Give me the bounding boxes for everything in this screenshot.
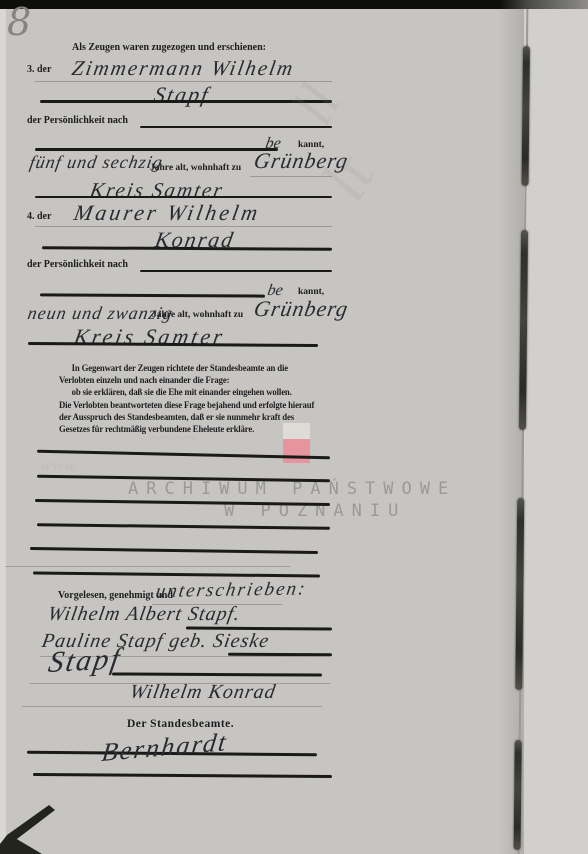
sticker-white-half xyxy=(283,423,310,439)
witness4-district: Kreis Samter xyxy=(72,324,227,350)
declaration-line: Verlobten einzeln und nach einander die … xyxy=(59,374,331,386)
blank-ruled-line xyxy=(33,571,320,577)
witness3-identity-label: der Persönlichkeit nach xyxy=(27,115,128,126)
page-left-edge xyxy=(0,0,6,854)
ruled-line xyxy=(112,672,322,676)
witness3-age-hand: fünf und sechzig xyxy=(28,152,165,173)
signature-registrar: Bernhardt xyxy=(100,727,229,768)
signature-witness4: Wilhelm Konrad xyxy=(128,681,278,704)
corner-artifact xyxy=(0,798,60,854)
witness4-identity-label: der Persönlichkeit nach xyxy=(27,259,128,270)
witness4-occupation-name: Maurer Wilhelm xyxy=(72,200,263,226)
witness3-surname: Stapf xyxy=(152,82,212,108)
declaration-line: Die Verlobten beantworteten diese Frage … xyxy=(59,399,331,411)
registry-document-scan: ll lt ~~~~ www ARCHIWUM PAŃSTWOWE W POZN… xyxy=(0,0,588,854)
declaration-line: der Ausspruch des Standesbeamten, daß er… xyxy=(59,411,331,423)
ruled-line xyxy=(35,196,332,198)
faint-line xyxy=(22,706,322,707)
sticker-pink-half xyxy=(283,439,310,463)
blank-ruled-line xyxy=(37,523,330,529)
witness3-occupation-name: Zimmermann Wilhelm xyxy=(70,56,296,81)
declaration-line: In Gegenwart der Zeugen richtete der Sta… xyxy=(59,362,331,374)
witness4-residence: Grünberg xyxy=(252,296,351,322)
declaration-line: ob sie erklären, daß sie die Ehe mit ein… xyxy=(59,386,331,398)
archive-watermark-line1: ARCHIWUM PAŃSTWOWE xyxy=(128,479,456,499)
ruled-line xyxy=(40,293,265,297)
witnesses-heading: Als Zeugen waren zugezogen und erschiene… xyxy=(72,42,266,53)
adjacent-page xyxy=(524,0,588,854)
binding-stitch xyxy=(515,498,524,690)
bleedthrough-mark: ~~~~ xyxy=(150,425,198,451)
blank-ruled-line xyxy=(35,499,330,506)
ruled-line xyxy=(33,773,332,778)
binding-stitch xyxy=(514,740,522,850)
bleedthrough-mark: www xyxy=(40,455,76,476)
witness4-age-print: Jahre alt, wohnhaft zu xyxy=(152,310,243,320)
ruled-line xyxy=(140,126,332,128)
binding-stitch xyxy=(522,46,530,186)
ruled-line xyxy=(140,270,332,272)
binding-stitch xyxy=(518,230,527,430)
faint-line xyxy=(5,566,290,567)
witness3-age-print: Jahre alt, wohnhaft zu xyxy=(150,163,241,173)
blank-ruled-line xyxy=(30,547,318,554)
witness3-index: 3. der xyxy=(27,64,51,75)
witness4-index: 4. der xyxy=(27,211,51,222)
closing-handwritten: unterschrieben: xyxy=(154,578,308,603)
scan-top-bar xyxy=(0,0,588,9)
ruled-line xyxy=(35,148,278,151)
page-number: 8 xyxy=(7,0,31,44)
signature-groom: Wilhelm Albert Stapf. xyxy=(46,603,242,626)
